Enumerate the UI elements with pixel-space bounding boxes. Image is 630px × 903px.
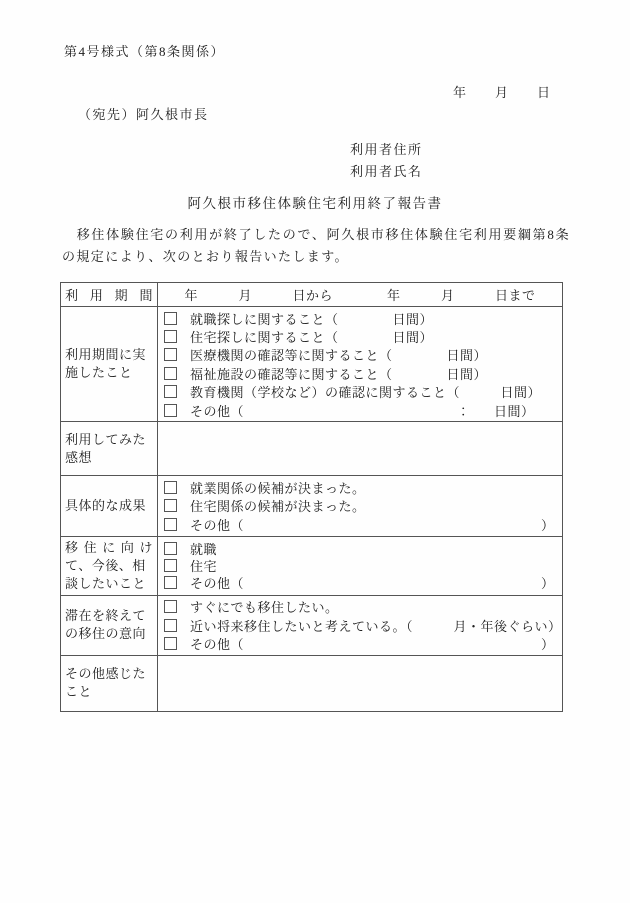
checkbox[interactable]: [164, 404, 177, 417]
checkbox[interactable]: [164, 600, 177, 613]
consultation-options: 就職 住宅 その他（ ）: [158, 536, 563, 595]
label-text: の移住の意向: [65, 625, 153, 643]
row-label-period: 利用期間: [61, 283, 158, 307]
option-label: 近い将来移住したいと考えている。（ 月・年後ぐらい）: [190, 616, 562, 635]
option-label: 住宅探しに関すること（ 日間）: [190, 327, 433, 346]
report-table: 利用期間 年 月 日から 年 月 日まで 利用期間に実 施したこと 就職探しに関…: [60, 282, 563, 712]
option-label: すぐにでも移住したい。: [190, 597, 339, 616]
label-text: こと: [65, 683, 153, 701]
label-text: 具体的な成果: [65, 497, 153, 515]
checkbox[interactable]: [164, 559, 177, 572]
option-row: その他（ ）: [162, 634, 558, 652]
option-label: 就業関係の候補が決まった。: [190, 478, 366, 497]
body-paragraph: 移住体験住宅の利用が終了したので、阿久根市移住体験住宅利用要綱第8条の規定により…: [62, 224, 570, 268]
form-number: 第4号様式（第8条関係）: [64, 41, 225, 60]
option-row: 住宅: [162, 557, 558, 574]
option-label: 就職探しに関すること（ 日間）: [190, 309, 433, 328]
row-label-consultation: 移住に向け て、今後、相 談したいこと: [61, 536, 158, 595]
option-label: 福祉施設の確認等に関すること（ 日間）: [190, 364, 487, 383]
row-label-other: その他感じた こと: [61, 655, 158, 711]
checkbox[interactable]: [164, 385, 177, 398]
row-label-impressions: 利用してみた 感想: [61, 422, 158, 476]
option-row: 就業関係の候補が決まった。: [162, 478, 558, 496]
user-name-label: 利用者氏名: [350, 161, 423, 180]
option-row: すぐにでも移住したい。: [162, 598, 558, 616]
date-line: 年 月 日: [0, 82, 551, 101]
option-row: 教育機関（学校など）の確認に関すること（ 日間）: [162, 383, 558, 401]
label-text: その他感じた: [65, 665, 153, 683]
row-label-results: 具体的な成果: [61, 476, 158, 536]
table-row-other: その他感じた こと: [61, 655, 563, 711]
row-label-intention: 滞在を終えて の移住の意向: [61, 595, 158, 655]
checkbox[interactable]: [164, 481, 177, 494]
checkbox[interactable]: [164, 312, 177, 325]
checkbox[interactable]: [164, 637, 177, 650]
activities-options: 就職探しに関すること（ 日間） 住宅探しに関すること（ 日間） 医療機関の確認等…: [158, 307, 563, 422]
option-row: 就職探しに関すること（ 日間）: [162, 309, 558, 327]
checkbox[interactable]: [164, 576, 177, 589]
checkbox[interactable]: [164, 499, 177, 512]
label-text: 利用してみた: [65, 431, 153, 449]
option-label: その他（ ）: [190, 634, 555, 653]
option-row: その他（ ）: [162, 574, 558, 591]
intention-options: すぐにでも移住したい。 近い将来移住したいと考えている。（ 月・年後ぐらい） そ…: [158, 595, 563, 655]
checkbox[interactable]: [164, 348, 177, 361]
option-row: 住宅探しに関すること（ 日間）: [162, 327, 558, 345]
option-row: 福祉施設の確認等に関すること（ 日間）: [162, 364, 558, 382]
option-label: その他（ ： 日間）: [190, 401, 535, 420]
addressee: （宛先）阿久根市長: [78, 104, 209, 123]
checkbox[interactable]: [164, 619, 177, 632]
table-row-activities: 利用期間に実 施したこと 就職探しに関すること（ 日間） 住宅探しに関すること（…: [61, 307, 563, 422]
label-text: 感想: [65, 449, 153, 467]
table-row-results: 具体的な成果 就業関係の候補が決まった。 住宅関係の候補が決まった。 その他（ …: [61, 476, 563, 536]
option-label: その他（ ）: [190, 573, 555, 592]
checkbox[interactable]: [164, 542, 177, 555]
option-row: 住宅関係の候補が決まった。: [162, 497, 558, 515]
option-row: その他（ ）: [162, 515, 558, 533]
impressions-response-area[interactable]: [158, 422, 563, 476]
table-row-impressions: 利用してみた 感想: [61, 422, 563, 476]
option-label: 医療機関の確認等に関すること（ 日間）: [190, 345, 487, 364]
option-row: 就職: [162, 541, 558, 558]
checkbox[interactable]: [164, 518, 177, 531]
label-text: 談したいこと: [65, 575, 153, 593]
option-label: 住宅関係の候補が決まった。: [190, 496, 366, 515]
checkbox[interactable]: [164, 330, 177, 343]
checkbox[interactable]: [164, 367, 177, 380]
label-text: 施したこと: [65, 364, 153, 382]
period-value-blank[interactable]: 年 月 日から 年 月 日まで: [158, 283, 563, 307]
option-row: 近い将来移住したいと考えている。（ 月・年後ぐらい）: [162, 616, 558, 634]
results-options: 就業関係の候補が決まった。 住宅関係の候補が決まった。 その他（ ）: [158, 476, 563, 536]
user-address-label: 利用者住所: [350, 139, 423, 158]
label-text: て、今後、相: [65, 557, 153, 575]
table-row-consultation: 移住に向け て、今後、相 談したいこと 就職 住宅 その他（ ）: [61, 536, 563, 595]
option-label: 教育機関（学校など）の確認に関すること（ 日間）: [190, 382, 541, 401]
table-row-period: 利用期間 年 月 日から 年 月 日まで: [61, 283, 563, 307]
option-row: その他（ ： 日間）: [162, 401, 558, 419]
label-text: 移住に向け: [65, 539, 153, 557]
label-text: 利用期間に実: [65, 346, 153, 364]
row-label-activities: 利用期間に実 施したこと: [61, 307, 158, 422]
option-row: 医療機関の確認等に関すること（ 日間）: [162, 346, 558, 364]
option-label: その他（ ）: [190, 515, 555, 534]
other-response-area[interactable]: [158, 655, 563, 711]
label-text: 滞在を終えて: [65, 607, 153, 625]
table-row-intention: 滞在を終えて の移住の意向 すぐにでも移住したい。 近い将来移住したいと考えてい…: [61, 595, 563, 655]
report-form-page: 第4号様式（第8条関係） 年 月 日 （宛先）阿久根市長 利用者住所 利用者氏名…: [0, 0, 630, 903]
document-title: 阿久根市移住体験住宅利用終了報告書: [0, 192, 630, 212]
